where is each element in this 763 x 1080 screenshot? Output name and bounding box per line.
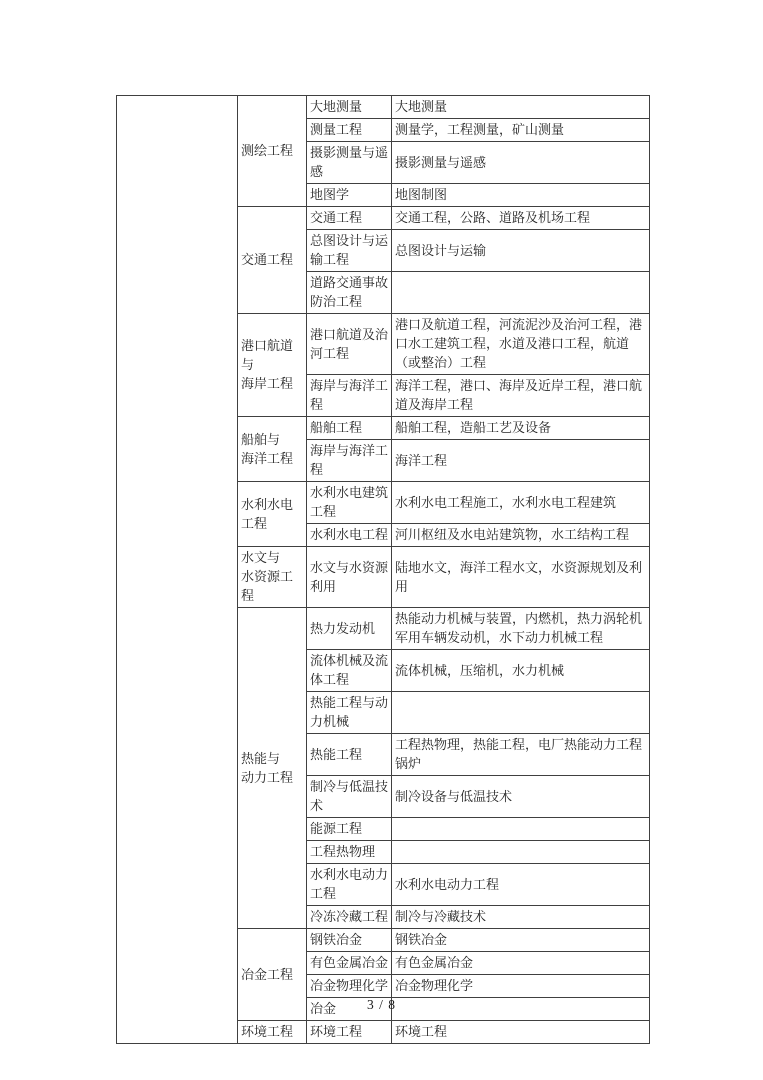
sub-discipline-cell: 环境工程	[307, 1021, 392, 1044]
detail-cell: 摄影测量与遥感	[392, 142, 650, 184]
discipline-table: 测绘工程大地测量大地测量测量工程测量学，工程测量，矿山测量摄影测量与遥感摄影测量…	[116, 95, 650, 1044]
detail-cell: 水利水电工程施工，水利水电工程建筑	[392, 482, 650, 524]
category-cell: 环境工程	[238, 1021, 307, 1044]
detail-cell	[392, 272, 650, 314]
detail-cell: 有色金属冶金	[392, 952, 650, 975]
detail-cell: 海洋工程，港口、海岸及近岸工程，港口航道及海岸工程	[392, 375, 650, 417]
discipline-table-body: 测绘工程大地测量大地测量测量工程测量学，工程测量，矿山测量摄影测量与遥感摄影测量…	[117, 96, 650, 1044]
sub-discipline-cell: 总图设计与运输工程	[307, 230, 392, 272]
detail-cell: 地图制图	[392, 184, 650, 207]
sub-discipline-cell: 制冷与低温技术	[307, 776, 392, 818]
detail-cell: 钢铁冶金	[392, 929, 650, 952]
detail-cell: 港口及航道工程，河流泥沙及治河工程，港口水工建筑工程，水道及港口工程，航道（或整…	[392, 314, 650, 375]
sub-discipline-cell: 交通工程	[307, 207, 392, 230]
detail-cell	[392, 818, 650, 841]
detail-cell: 总图设计与运输	[392, 230, 650, 272]
category-cell: 交通工程	[238, 207, 307, 314]
detail-cell: 交通工程，公路、道路及机场工程	[392, 207, 650, 230]
sub-discipline-cell: 能源工程	[307, 818, 392, 841]
sub-discipline-cell: 热力发动机	[307, 608, 392, 650]
sub-discipline-cell: 地图学	[307, 184, 392, 207]
category-cell: 船舶与 海洋工程	[238, 417, 307, 482]
detail-cell: 大地测量	[392, 96, 650, 119]
sub-discipline-cell: 冷冻冷藏工程	[307, 906, 392, 929]
category-cell: 测绘工程	[238, 96, 307, 207]
sub-discipline-cell: 冶金物理化学	[307, 975, 392, 998]
detail-cell: 水利水电动力工程	[392, 864, 650, 906]
sub-discipline-cell: 海岸与海洋工程	[307, 375, 392, 417]
sub-discipline-cell: 大地测量	[307, 96, 392, 119]
sub-discipline-cell: 水利水电工程	[307, 524, 392, 547]
detail-cell: 陆地水文，海洋工程水文，水资源规划及利用	[392, 547, 650, 608]
sub-discipline-cell: 港口航道及治河工程	[307, 314, 392, 375]
sub-discipline-cell: 工程热物理	[307, 841, 392, 864]
sub-discipline-cell: 热能工程与动力机械	[307, 692, 392, 734]
detail-cell: 热能动力机械与装置，内燃机，热力涡轮机军用车辆发动机，水下动力机械工程	[392, 608, 650, 650]
sub-discipline-cell: 船舶工程	[307, 417, 392, 440]
document-page: 测绘工程大地测量大地测量测量工程测量学，工程测量，矿山测量摄影测量与遥感摄影测量…	[0, 0, 763, 1080]
detail-cell: 工程热物理，热能工程，电厂热能动力工程锅炉	[392, 734, 650, 776]
detail-cell: 制冷与冷藏技术	[392, 906, 650, 929]
category-cell: 港口航道与 海岸工程	[238, 314, 307, 417]
sub-discipline-cell: 摄影测量与遥感	[307, 142, 392, 184]
detail-cell: 河川枢纽及水电站建筑物，水工结构工程	[392, 524, 650, 547]
detail-cell: 测量学，工程测量，矿山测量	[392, 119, 650, 142]
sub-discipline-cell: 海岸与海洋工程	[307, 440, 392, 482]
category-cell: 水利水电 工程	[238, 482, 307, 547]
sub-discipline-cell: 热能工程	[307, 734, 392, 776]
page-number: 3 / 8	[0, 997, 763, 1013]
detail-cell: 冶金物理化学	[392, 975, 650, 998]
sub-discipline-cell: 钢铁冶金	[307, 929, 392, 952]
category-cell: 水文与 水资源工程	[238, 547, 307, 608]
table-row: 测绘工程大地测量大地测量	[117, 96, 650, 119]
detail-cell	[392, 841, 650, 864]
sub-discipline-cell: 流体机械及流体工程	[307, 650, 392, 692]
detail-cell: 环境工程	[392, 1021, 650, 1044]
sub-discipline-cell: 道路交通事故防治工程	[307, 272, 392, 314]
sub-discipline-cell: 有色金属冶金	[307, 952, 392, 975]
detail-cell: 制冷设备与低温技术	[392, 776, 650, 818]
detail-cell: 船舶工程，造船工艺及设备	[392, 417, 650, 440]
detail-cell: 流体机械，压缩机，水力机械	[392, 650, 650, 692]
sub-discipline-cell: 水利水电建筑工程	[307, 482, 392, 524]
sub-discipline-cell: 测量工程	[307, 119, 392, 142]
left-spacer-cell	[117, 96, 238, 1044]
detail-cell	[392, 692, 650, 734]
sub-discipline-cell: 水文与水资源利用	[307, 547, 392, 608]
detail-cell: 海洋工程	[392, 440, 650, 482]
category-cell: 热能与 动力工程	[238, 608, 307, 929]
sub-discipline-cell: 水利水电动力工程	[307, 864, 392, 906]
